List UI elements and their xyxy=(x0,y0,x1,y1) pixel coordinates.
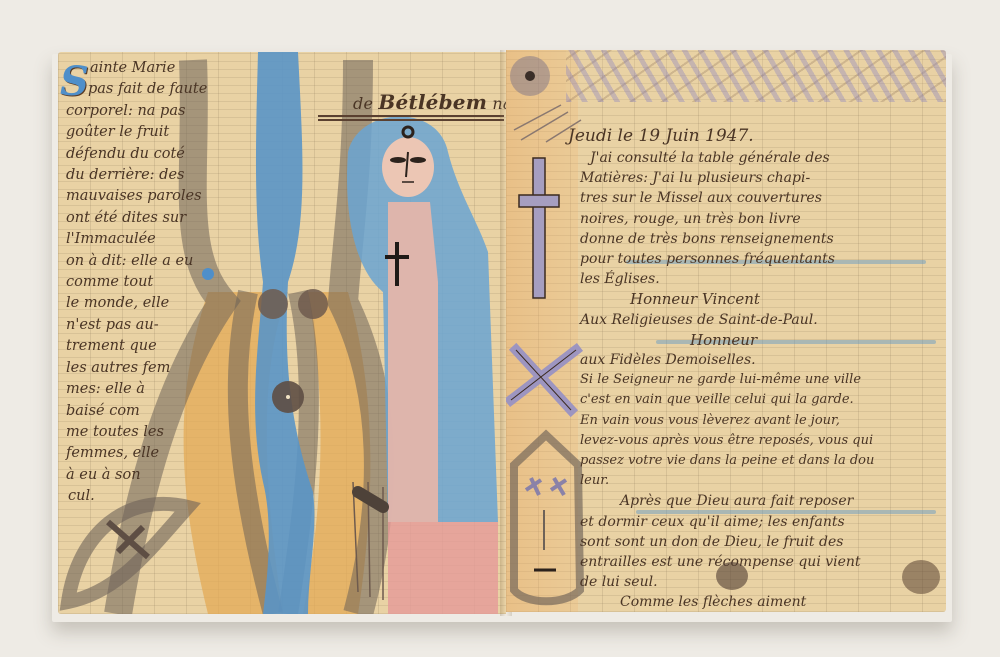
text-line: mauvaises paroles xyxy=(66,186,238,207)
text-line: c'est en vain que veille celui qui la ga… xyxy=(580,390,935,410)
text-line: pour toutes personnes fréquentants xyxy=(580,249,935,269)
text-line: l'Immaculée xyxy=(66,229,238,250)
text-line: Comme les flèches aiment xyxy=(580,592,935,612)
heading-underline xyxy=(318,119,504,121)
text-line: à eu à son xyxy=(66,465,238,486)
text-line: Si le Seigneur ne garde lui-même une vil… xyxy=(580,370,935,390)
text-line: femmes, elle xyxy=(66,443,238,464)
text-line: Matières: J'ai lu plusieurs chapi- xyxy=(580,168,935,188)
date-line: Jeudi le 19 Juin 1947. xyxy=(568,124,935,148)
text-line: Honneur xyxy=(580,330,935,350)
text-line: Aux Religieuses de Saint-de-Paul. xyxy=(580,310,935,330)
text-line: aux Fidèles Demoiselles. xyxy=(580,350,935,370)
text-line: mes: elle à xyxy=(66,379,238,400)
text-line: et dormir ceux qu'il aime; les enfants xyxy=(580,512,935,532)
text-line: goûter le fruit xyxy=(66,122,238,143)
text-line: du derrière: des xyxy=(66,165,238,186)
text-line: ont été dites sur xyxy=(66,208,238,229)
text-line: n'est pas au- xyxy=(66,315,238,336)
lavender-scribble-band xyxy=(566,50,946,102)
text-line: on à dit: elle a eu xyxy=(66,251,238,272)
text-line: le monde, elle xyxy=(66,293,238,314)
text-line: ainte Marie xyxy=(88,58,238,79)
text-line: En vain vous vous lèverez avant le jour, xyxy=(580,411,935,431)
text-line: pas fait de faute xyxy=(88,79,238,100)
left-page-handwritten-text: ainte Marie pas fait de faute corporel: … xyxy=(88,58,238,508)
text-line: Honneur Vincent xyxy=(580,289,935,309)
text-line: entrailles est une récompense qui vient xyxy=(580,552,935,572)
text-line: comme tout xyxy=(66,272,238,293)
text-line: les autres fem xyxy=(66,358,238,379)
text-line: Après que Dieu aura fait reposer xyxy=(580,491,935,511)
decorated-initial-letter: S xyxy=(60,58,89,105)
text-line: cul. xyxy=(68,486,238,507)
text-line: noires, rouge, un très bon livre xyxy=(580,209,935,229)
right-page: Jeudi le 19 Juin 1947. J'ai consulté la … xyxy=(506,50,946,612)
text-line: défendu du coté xyxy=(66,144,238,165)
text-line: passez votre vie dans la peine et dans l… xyxy=(580,451,935,471)
text-line: les Églises. xyxy=(580,269,935,289)
text-line: baisé com xyxy=(66,401,238,422)
ink-stain xyxy=(716,562,748,590)
text-line: J'ai consulté la table générale des xyxy=(580,148,935,168)
right-page-handwritten-text: Jeudi le 19 Juin 1947. J'ai consulté la … xyxy=(580,124,935,612)
text-line: donne de très bons renseignements xyxy=(580,229,935,249)
text-line: de lui seul. xyxy=(580,572,935,592)
left-page: S ainte Marie pas fait de faute corporel… xyxy=(58,52,506,614)
text-line: corporel: na pas xyxy=(66,101,238,122)
heading-word: Bétlébem xyxy=(378,90,487,114)
ink-stain xyxy=(902,560,940,594)
page-heading: de Bétlébem na xyxy=(353,90,506,114)
text-line: tres sur le Missel aux couvertures xyxy=(580,188,935,208)
text-line: trement que xyxy=(66,336,238,357)
text-line: levez-vous après vous être reposés, vous… xyxy=(580,431,935,451)
text-line: me toutes les xyxy=(66,422,238,443)
heading-underline xyxy=(318,115,504,117)
heading-prefix: de xyxy=(353,94,373,113)
text-line: leur. xyxy=(580,471,935,491)
text-line: sont sont un don de Dieu, le fruit des xyxy=(580,532,935,552)
